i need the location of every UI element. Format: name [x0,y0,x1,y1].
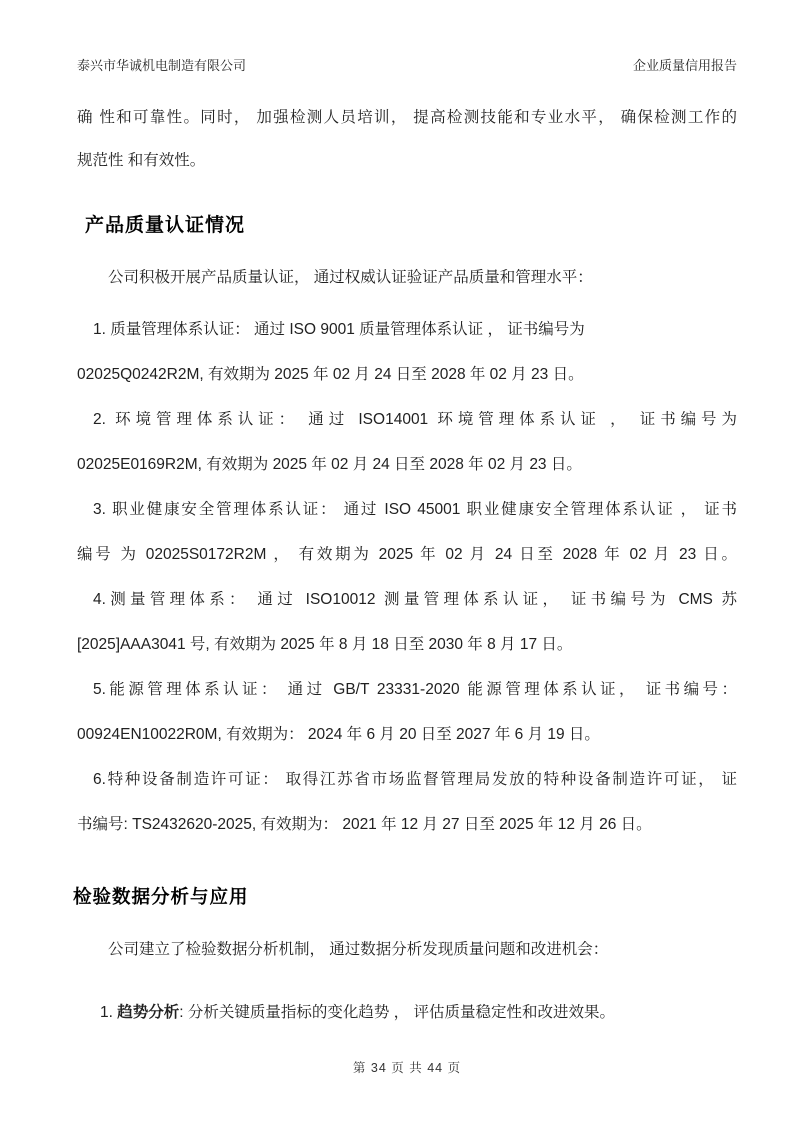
cert-item-line: 2. 环境管理体系认证： 通过 ISO14001 环境管理体系认证 ， 证书编号… [77,397,737,442]
analysis-item-term: 趋势分析 [117,1004,179,1021]
cert-item: 2. 环境管理体系认证： 通过 ISO14001 环境管理体系认证 ， 证书编号… [77,397,737,487]
cert-item-line: 4.测量管理体系： 通过 ISO10012 测量管理体系认证， 证书编号为 CM… [77,577,737,622]
cert-item-line: 3. 职业健康安全管理体系认证： 通过 ISO 45001 职业健康安全管理体系… [77,487,737,532]
analysis-list-item: 1. 趋势分析: 分析关键质量指标的变化趋势 ， 评估质量稳定性和改进效果。 [77,1004,737,1022]
cert-item-line: 1. 质量管理体系认证： 通过 ISO 9001 质量管理体系认证 ， 证书编号… [77,307,737,352]
cert-item: 5.能源管理体系认证： 通过 GB/T 23331-2020 能源管理体系认证，… [77,667,737,757]
opening-paragraph-line: 规范性 和有效性。 [77,139,737,182]
cert-item-line: 6.特种设备制造许可证： 取得江苏省市场监督管理局发放的特种设备制造许可证， 证 [77,757,737,802]
cert-item-line: 02025Q0242R2M, 有效期为 2025 年 02 月 24 日至 20… [77,352,737,397]
cert-item: 4.测量管理体系： 通过 ISO10012 测量管理体系认证， 证书编号为 CM… [77,577,737,667]
section-title-product-certification: 产品质量认证情况 [85,210,737,237]
analysis-item-desc: : 分析关键质量指标的变化趋势 ， 评估质量稳定性和改进效果。 [179,1004,615,1021]
section1-intro: 公司积极开展产品质量认证， 通过权威认证验证产品质量和管理水平： [77,269,737,287]
page-number: 第 34 页 共 44 页 [353,1061,461,1075]
page-header: 泰兴市华诚机电制造有限公司 企业质量信用报告 [77,55,737,74]
cert-item-line: 书编号: TS2432620-2025, 有效期为： 2021 年 12 月 2… [77,802,737,847]
cert-item: 6.特种设备制造许可证： 取得江苏省市场监督管理局发放的特种设备制造许可证， 证… [77,757,737,847]
cert-item-line: 02025E0169R2M, 有效期为 2025 年 02 月 24 日至 20… [77,442,737,487]
certification-list: 1. 质量管理体系认证： 通过 ISO 9001 质量管理体系认证 ， 证书编号… [77,307,737,847]
opening-paragraph: 确 性和可靠性。同时， 加强检测人员培训， 提高检测技能和专业水平， 确保检测工… [77,96,737,182]
cert-item-line: 5.能源管理体系认证： 通过 GB/T 23331-2020 能源管理体系认证，… [77,667,737,712]
section-title-inspection-data-analysis: 检验数据分析与应用 [73,883,737,909]
cert-item-line: [2025]AAA3041 号, 有效期为 2025 年 8 月 18 日至 2… [77,622,737,667]
section2-intro: 公司建立了检验数据分析机制， 通过数据分析发现质量问题和改进机会： [77,941,737,959]
cert-item: 1. 质量管理体系认证： 通过 ISO 9001 质量管理体系认证 ， 证书编号… [77,307,737,397]
analysis-item-number: 1. [100,1004,117,1021]
cert-item: 3. 职业健康安全管理体系认证： 通过 ISO 45001 职业健康安全管理体系… [77,487,737,577]
cert-item-line: 编号 为 02025S0172R2M ， 有效期为 2025 年 02 月 24… [77,532,737,577]
opening-paragraph-line: 确 性和可靠性。同时， 加强检测人员培训， 提高检测技能和专业水平， 确保检测工… [77,96,737,139]
cert-item-line: 00924EN10022R0M, 有效期为： 2024 年 6 月 20 日至 … [77,712,737,757]
document-page: 泰兴市华诚机电制造有限公司 企业质量信用报告 确 性和可靠性。同时， 加强检测人… [0,0,800,1131]
header-company-name: 泰兴市华诚机电制造有限公司 [77,55,246,74]
header-report-title: 企业质量信用报告 [633,55,737,74]
page-footer: 第 34 页 共 44 页 [77,1058,737,1076]
